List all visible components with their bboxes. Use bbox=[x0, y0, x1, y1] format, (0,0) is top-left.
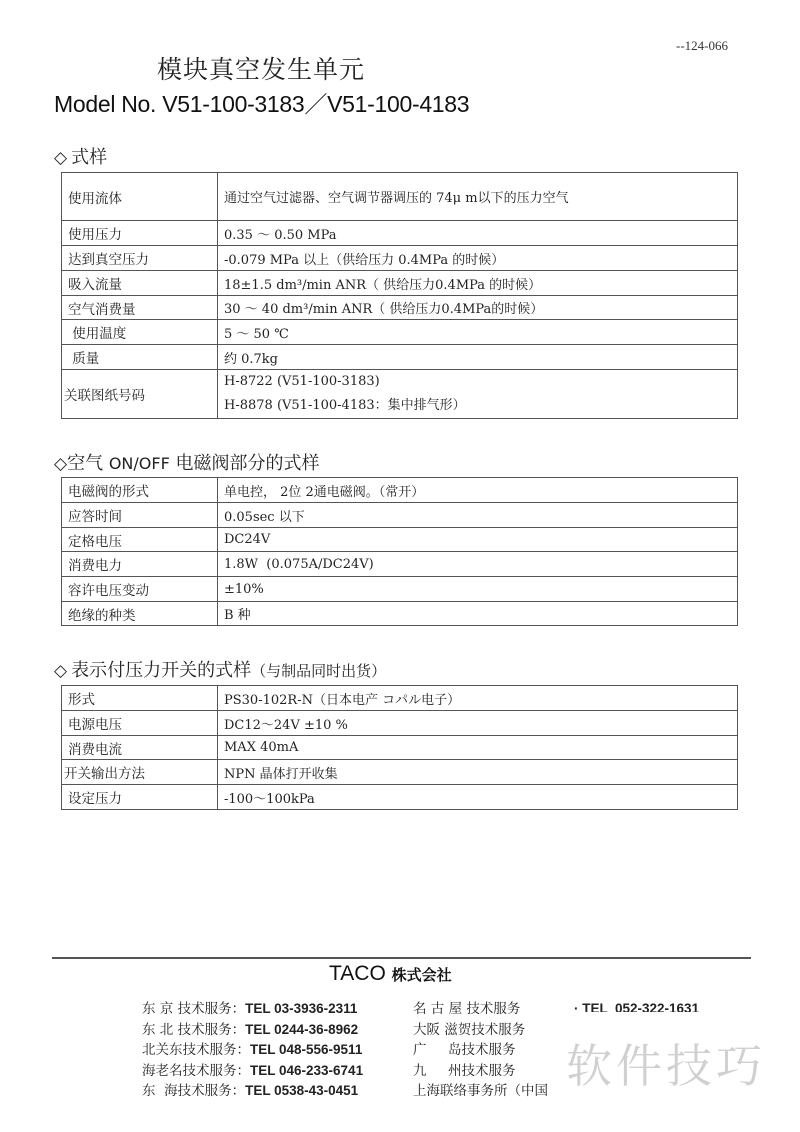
row-label: 关联图纸号码 bbox=[62, 370, 218, 419]
phone-number: TEL 03-3936-2311 bbox=[245, 1001, 357, 1016]
company-name-suffix: 株式会社 bbox=[392, 966, 452, 984]
table-row: 形式 PS30-102R-N（日本电产 コパル电子） bbox=[62, 686, 738, 711]
contact-row: 东 京 技术服务：TEL 03-3936-2311 bbox=[142, 999, 363, 1020]
section-heading-text: 式样 bbox=[71, 147, 107, 168]
solenoid-spec-table: 电磁阀的形式 单电控， 2位 2通电磁阀。（常开） 应答时间 0.05sec 以… bbox=[61, 477, 738, 626]
row-value: 通过空气过滤器、空气调节器调压的 74μ m以下的压力空气 bbox=[218, 173, 738, 221]
contact-row: 广 岛技术服务 bbox=[413, 1040, 548, 1061]
contact-row: 海老名技术服务：TEL 046-233-6741 bbox=[142, 1061, 363, 1082]
row-label: 吸入流量 bbox=[62, 271, 218, 296]
row-label: 达到真空压力 bbox=[62, 246, 218, 271]
section-heading-subtext: （与制品同时出货） bbox=[251, 662, 386, 680]
row-label: 容许电压变动 bbox=[62, 577, 218, 602]
pressure-switch-spec-table: 形式 PS30-102R-N（日本电产 コパル电子） 电源电压 DC12～24V… bbox=[61, 685, 738, 810]
row-value: H-8722 (V51-100-3183) H-8878 (V51-100-41… bbox=[218, 370, 738, 419]
row-label: 形式 bbox=[62, 686, 218, 711]
contact-row: 大阪 滋贺技术服务 bbox=[413, 1020, 548, 1041]
row-value: -0.079 MPa 以上（供给压力 0.4MPa 的时候） bbox=[218, 246, 738, 271]
section-heading-solenoid: ◇空气 ON/OFF 电磁阀部分的式样 bbox=[54, 449, 320, 475]
row-value: B 种 bbox=[218, 602, 738, 626]
diamond-bullet-icon: ◇ bbox=[54, 454, 67, 474]
table-row: 吸入流量 18±1.5 dm³/min ANR（ 供给压力0.4MPa 的时候） bbox=[62, 271, 738, 296]
phone-number: TEL 048-556-9511 bbox=[250, 1042, 362, 1057]
phone-number: TEL 0244-36-8962 bbox=[245, 1022, 358, 1037]
office-name: 东 海技术服务： bbox=[142, 1083, 245, 1099]
drawing-number-1: H-8722 (V51-100-3183) bbox=[224, 370, 731, 394]
row-value: 30 ～ 40 dm³/min ANR（ 供给压力0.4MPa的时候） bbox=[218, 296, 738, 320]
office-name: 东 京 技术服务： bbox=[142, 1001, 245, 1017]
row-label: 应答时间 bbox=[62, 503, 218, 528]
row-label: 设定压力 bbox=[62, 785, 218, 810]
table-row: 消费电力 1.8W (0.075A/DC24V) bbox=[62, 552, 738, 577]
table-row: 容许电压变动 ±10% bbox=[62, 577, 738, 602]
phone-number: TEL 046-233-6741 bbox=[250, 1063, 363, 1078]
row-value: ±10% bbox=[218, 577, 738, 602]
row-label: 定格电压 bbox=[62, 528, 218, 552]
table-row: 消费电流 MAX 40mA bbox=[62, 736, 738, 760]
row-label: 使用压力 bbox=[62, 221, 218, 246]
phone-number: TEL 0538-43-0451 bbox=[245, 1083, 358, 1098]
row-label: 使用温度 bbox=[62, 320, 218, 345]
table-row: 开关输出方法 NPN 晶体打开收集 bbox=[62, 760, 738, 785]
contact-row: 上海联络事务所（中国 bbox=[413, 1081, 548, 1102]
row-value: DC12～24V ±10 % bbox=[218, 711, 738, 736]
table-row: 质量 约 0.7kg bbox=[62, 345, 738, 370]
row-label: 质量 bbox=[62, 345, 218, 370]
diamond-bullet-icon: ◇ bbox=[54, 661, 67, 681]
row-label: 使用流体 bbox=[62, 173, 218, 221]
contact-row: 九 州技术服务 bbox=[413, 1061, 548, 1082]
table-row: 绝缘的种类 B 种 bbox=[62, 602, 738, 626]
table-row: 电磁阀的形式 单电控， 2位 2通电磁阀。（常开） bbox=[62, 478, 738, 503]
footer-divider bbox=[52, 957, 751, 959]
row-label: 消费电流 bbox=[62, 736, 218, 760]
diamond-bullet-icon: ◇ bbox=[54, 148, 67, 168]
row-value: 0.05sec 以下 bbox=[218, 503, 738, 528]
document-number: --124-066 bbox=[676, 38, 728, 54]
drawing-number-2: H-8878 (V51-100-4183：集中排气形） bbox=[224, 394, 731, 418]
table-row: 定格电压 DC24V bbox=[62, 528, 738, 552]
company-name-latin: TACO bbox=[329, 962, 386, 985]
section-heading-spec: ◇式样 bbox=[54, 143, 107, 169]
contact-list-right: 名 古 屋 技术服务 大阪 滋贺技术服务 广 岛技术服务 九 州技术服务 上海联… bbox=[413, 999, 548, 1102]
table-row: 应答时间 0.05sec 以下 bbox=[62, 503, 738, 528]
table-row: 使用温度 5 ～ 50 ℃ bbox=[62, 320, 738, 345]
contact-list-left: 东 京 技术服务：TEL 03-3936-2311 东 北 技术服务：TEL 0… bbox=[142, 999, 363, 1102]
section-heading-latin: ON/OFF bbox=[109, 454, 170, 473]
row-value: MAX 40mA bbox=[218, 736, 738, 760]
contact-row: 北关东技术服务：TEL 048-556-9511 bbox=[142, 1040, 363, 1061]
section-heading-text-post: 电磁阀部分的式样 bbox=[170, 453, 320, 474]
row-label: 消费电力 bbox=[62, 552, 218, 577]
table-row: 设定压力 -100～100kPa bbox=[62, 785, 738, 810]
table-row: 达到真空压力 -0.079 MPa 以上（供给压力 0.4MPa 的时候） bbox=[62, 246, 738, 271]
row-label: 电源电压 bbox=[62, 711, 218, 736]
table-row: 使用压力 0.35 ～ 0.50 MPa bbox=[62, 221, 738, 246]
row-label: 开关输出方法 bbox=[62, 760, 218, 785]
row-value: 单电控， 2位 2通电磁阀。（常开） bbox=[218, 478, 738, 503]
watermark: 软件技巧 bbox=[566, 1030, 766, 1096]
table-row: 电源电压 DC12～24V ±10 % bbox=[62, 711, 738, 736]
page-title-chinese: 模块真空发生单元 bbox=[157, 50, 365, 86]
row-label: 空气消费量 bbox=[62, 296, 218, 320]
phone-number-clipped: · TEL 052-322-1631 bbox=[574, 999, 699, 1012]
table-row: 空气消费量 30 ～ 40 dm³/min ANR（ 供给压力0.4MPa的时候… bbox=[62, 296, 738, 320]
section-heading-text: 表示付压力开关的式样 bbox=[71, 660, 251, 681]
row-value: -100～100kPa bbox=[218, 785, 738, 810]
row-value: 18±1.5 dm³/min ANR（ 供给压力0.4MPa 的时候） bbox=[218, 271, 738, 296]
contact-row: 东 北 技术服务：TEL 0244-36-8962 bbox=[142, 1020, 363, 1041]
section-heading-text: 空气 bbox=[67, 453, 109, 474]
row-value: 1.8W (0.075A/DC24V) bbox=[218, 552, 738, 577]
contact-row: 东 海技术服务：TEL 0538-43-0451 bbox=[142, 1081, 363, 1102]
row-value: DC24V bbox=[218, 528, 738, 552]
spec-table: 使用流体 通过空气过滤器、空气调节器调压的 74μ m以下的压力空气 使用压力 … bbox=[61, 172, 738, 419]
office-name: 东 北 技术服务： bbox=[142, 1022, 245, 1038]
row-value: 5 ～ 50 ℃ bbox=[218, 320, 738, 345]
office-name: 海老名技术服务： bbox=[142, 1063, 250, 1079]
table-row: 关联图纸号码 H-8722 (V51-100-3183) H-8878 (V51… bbox=[62, 370, 738, 419]
company-name: TACO 株式会社 bbox=[329, 962, 452, 986]
model-number-title: Model No. V51-100-3183／V51-100-4183 bbox=[54, 86, 469, 119]
row-value: 0.35 ～ 0.50 MPa bbox=[218, 221, 738, 246]
row-label: 绝缘的种类 bbox=[62, 602, 218, 626]
row-value: NPN 晶体打开收集 bbox=[218, 760, 738, 785]
table-row: 使用流体 通过空气过滤器、空气调节器调压的 74μ m以下的压力空气 bbox=[62, 173, 738, 221]
contact-row: 名 古 屋 技术服务 bbox=[413, 999, 548, 1020]
section-heading-pressure-switch: ◇表示付压力开关的式样（与制品同时出货） bbox=[54, 656, 386, 682]
office-name: 北关东技术服务： bbox=[142, 1042, 250, 1058]
row-label: 电磁阀的形式 bbox=[62, 478, 218, 503]
row-value: PS30-102R-N（日本电产 コパル电子） bbox=[218, 686, 738, 711]
row-value: 约 0.7kg bbox=[218, 345, 738, 370]
